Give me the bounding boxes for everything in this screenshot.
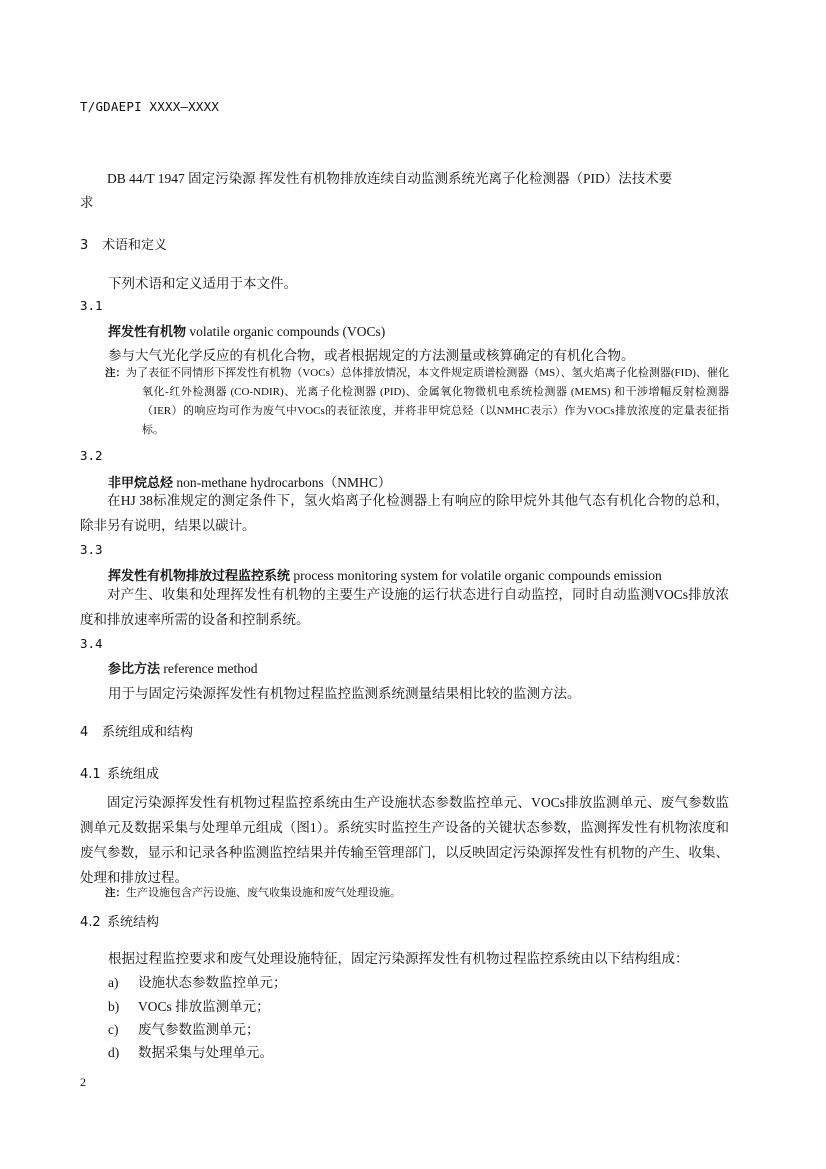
list-marker: b)	[108, 999, 138, 1015]
definition-3-2: 在HJ 38标准规定的测定条件下，氢火焰离子化检测器上有响应的除甲烷外其他气态有…	[80, 489, 729, 538]
section-4-heading: 4系统组成和结构	[80, 721, 193, 740]
definition-3-1: 参与大气光化学反应的有机化合物，或者根据规定的方法测量或核算确定的有机化合物。	[108, 344, 635, 364]
list-text: 废气参数监测单元；	[138, 1022, 260, 1037]
page-number: 2	[80, 1075, 86, 1090]
clause-number-3-4: 3.4	[80, 636, 103, 651]
list-marker: d)	[108, 1045, 138, 1061]
note-label: 注：	[105, 367, 126, 379]
section-3-heading: 3术语和定义	[80, 234, 167, 253]
term-3-4: 参比方法 reference method	[108, 658, 257, 677]
document-page: T/GDAEPI XXXX—XXXX DB 44/T 1947 固定污染源 挥发…	[0, 0, 826, 1169]
list-marker: a)	[108, 975, 138, 991]
term-en: process monitoring system for volatile o…	[290, 568, 662, 583]
reference-standard-line1: DB 44/T 1947 固定污染源 挥发性有机物排放连续自动监测系统光离子化检…	[80, 167, 729, 191]
subsection-number: 4.1	[80, 767, 107, 782]
list-marker: c)	[108, 1022, 138, 1038]
subsection-title: 系统结构	[107, 915, 159, 930]
note-4-1: 注：生产设施包含产污设施、废气收集设施和废气处理设施。	[80, 884, 729, 903]
list-text: VOCs 排放监测单元；	[138, 999, 270, 1014]
term-3-1: 挥发性有机物 volatile organic compounds (VOCs)	[108, 321, 385, 340]
paragraph-4-2-intro: 根据过程监控要求和废气处理设施特征，固定污染源挥发性有机物过程监控系统由以下结构…	[108, 947, 689, 967]
paragraph-4-1: 固定污染源挥发性有机物过程监控系统由生产设施状态参数监控单元、VOCs排放监测单…	[80, 790, 729, 890]
list-item-b: b)VOCs 排放监测单元；	[108, 995, 270, 1015]
document-code-header: T/GDAEPI XXXX—XXXX	[80, 99, 219, 114]
term-zh: 参比方法	[108, 662, 160, 677]
section-title: 术语和定义	[102, 238, 167, 253]
term-en: volatile organic compounds (VOCs)	[186, 324, 385, 339]
list-text: 数据采集与处理单元。	[138, 1045, 273, 1060]
definition-3-3: 对产生、收集和处理挥发性有机物的主要生产设施的运行状态进行自动监控，同时自动监测…	[80, 583, 729, 632]
term-3-2: 非甲烷总烃 non-methane hydrocarbons（NMHC）	[108, 471, 391, 491]
clause-number-3-3: 3.3	[80, 542, 103, 557]
list-item-d: d)数据采集与处理单元。	[108, 1041, 273, 1061]
subsection-number: 4.2	[80, 915, 107, 930]
term-zh: 挥发性有机物排放过程监控系统	[108, 569, 290, 584]
term-3-3: 挥发性有机物排放过程监控系统 process monitoring system…	[108, 565, 662, 584]
note-label: 注：	[105, 887, 126, 899]
section-3-intro: 下列术语和定义适用于本文件。	[108, 272, 297, 292]
reference-standard-line2: 求	[80, 191, 729, 215]
clause-number-3-2: 3.2	[80, 448, 103, 463]
term-en: non-methane hydrocarbons（NMHC）	[173, 475, 391, 490]
section-title: 系统组成和结构	[102, 725, 193, 740]
list-text: 设施状态参数监控单元；	[138, 975, 287, 990]
list-item-c: c)废气参数监测单元；	[108, 1018, 260, 1038]
note-text: 生产设施包含产污设施、废气收集设施和废气处理设施。	[126, 887, 401, 899]
note-3-1: 注：为了表征不同情形下挥发性有机物（VOCs）总体排放情况，本文件规定质谱检测器…	[80, 364, 729, 440]
subsection-title: 系统组成	[107, 767, 159, 782]
clause-number-3-1: 3.1	[80, 298, 103, 313]
subsection-4-2-heading: 4.2系统结构	[80, 911, 159, 930]
list-item-a: a)设施状态参数监控单元；	[108, 971, 287, 991]
term-zh: 挥发性有机物	[108, 325, 186, 340]
definition-3-4: 用于与固定污染源挥发性有机物过程监控监测系统测量结果相比较的监测方法。	[108, 682, 581, 702]
term-en: reference method	[160, 661, 257, 676]
section-number: 4	[80, 725, 102, 740]
note-text: 为了表征不同情形下挥发性有机物（VOCs）总体排放情况，本文件规定质谱检测器（M…	[126, 367, 729, 436]
section-number: 3	[80, 238, 102, 253]
subsection-4-1-heading: 4.1系统组成	[80, 763, 159, 782]
